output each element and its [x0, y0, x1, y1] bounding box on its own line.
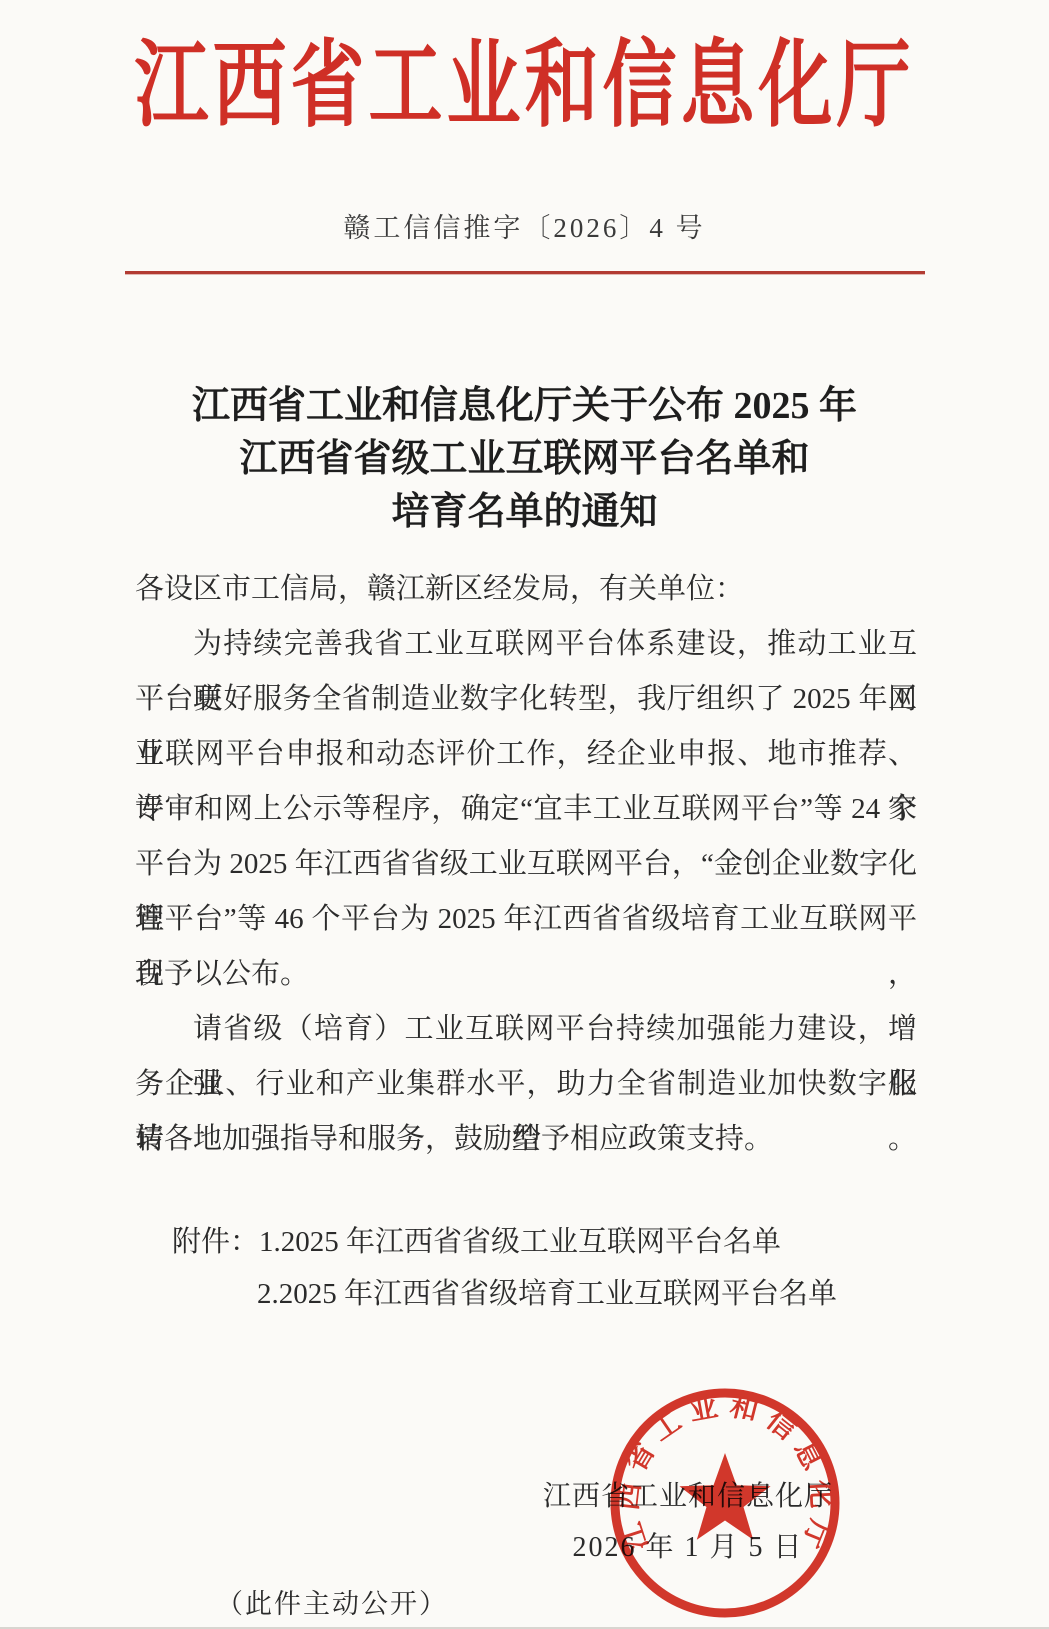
disclosure-note: （此件主动公开）	[216, 1582, 448, 1621]
paragraph2-line: 请省级（培育）工业互联网平台持续加强能力建设，增强服	[135, 1002, 917, 1057]
signature-block: 江西省工业和信息化厅 2026 年 1 月 5 日	[538, 1482, 838, 1563]
paragraph1-line: 理平台”等 46 个平台为 2025 年江西省省级培育工业互联网平台，	[135, 892, 917, 947]
attachment-line: 附件：1.2025 年江西省省级工业互联网平台名单	[172, 1216, 837, 1268]
attachments-block: 附件：1.2025 年江西省省级工业互联网平台名单 2.2025 年江西省省级培…	[172, 1216, 837, 1320]
attachment-line: 2.2025 年江西省省级培育工业互联网平台名单	[172, 1268, 837, 1320]
agency-header: 江西省工业和信息化厅	[0, 10, 1049, 146]
red-divider-line	[125, 271, 925, 274]
notice-body: 各设区市工信局，赣江新区经发局，有关单位： 为持续完善我省工业互联网平台体系建设…	[135, 562, 917, 1167]
paragraph1-line: 评审和网上公示等程序，确定“宜丰工业互联网平台”等 24 个	[135, 782, 917, 837]
paragraph1-line: 为持续完善我省工业互联网平台体系建设，推动工业互联网	[135, 617, 917, 672]
notice-title: 江西省工业和信息化厅关于公布 2025 年 江西省省级工业互联网平台名单和 培育…	[0, 380, 1049, 539]
attachment-item-1: 1.2025 年江西省省级工业互联网平台名单	[259, 1226, 781, 1258]
issuing-agency-signature: 江西省工业和信息化厅	[538, 1482, 838, 1512]
paragraph2-line: 务企业、行业和产业集群水平，助力全省制造业加快数字化转型。	[135, 1057, 917, 1112]
attachment-label: 附件：	[172, 1216, 259, 1268]
paragraph1-line: 平台更好服务全省制造业数字化转型，我厅组织了 2025 年工业	[135, 672, 917, 727]
paragraph1-line: 平台为 2025 年江西省省级工业互联网平台，“金创企业数字化管	[135, 837, 917, 892]
notice-title-line: 江西省工业和信息化厅关于公布 2025 年	[0, 380, 1049, 433]
issue-date: 2026 年 1 月 5 日	[538, 1533, 838, 1563]
attachment-item-2: 2.2025 年江西省省级培育工业互联网平台名单	[257, 1278, 837, 1310]
document-number: 赣工信信推字〔2026〕4 号	[0, 206, 1049, 245]
notice-title-line: 江西省省级工业互联网平台名单和	[0, 433, 1049, 486]
salutation-line: 各设区市工信局，赣江新区经发局，有关单位：	[135, 562, 917, 617]
paragraph1-line: 互联网平台申报和动态评价工作，经企业申报、地市推荐、专家	[135, 727, 917, 782]
document-page: 江西省工业和信息化厅 赣工信信推字〔2026〕4 号 江西省工业和信息化厅关于公…	[0, 0, 1049, 1629]
notice-title-line: 培育名单的通知	[0, 486, 1049, 539]
